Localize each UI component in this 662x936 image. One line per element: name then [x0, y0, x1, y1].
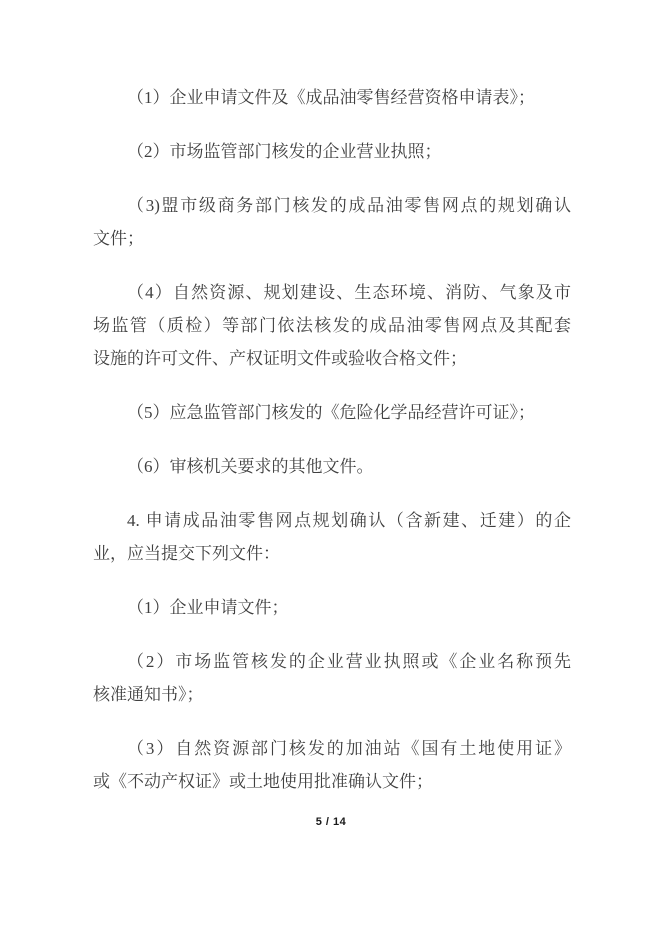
text-line: 设施的许可文件、产权证明文件或验收合格文件；: [93, 342, 571, 375]
text-line: 或《不动产权证》或土地使用批准确认文件；: [93, 765, 571, 798]
paragraph: 4. 申请成品油零售网点规划确认（含新建、迁建）的企 业，应当提交下列文件：: [93, 504, 571, 570]
text-line: 业，应当提交下列文件：: [93, 537, 571, 570]
paragraph: （5）应急监管部门核发的《危险化学品经营许可证》；: [93, 396, 571, 429]
text-line: 核准通知书》；: [93, 678, 571, 711]
page-number: 5 / 14: [0, 816, 662, 828]
text-line: 场监管（质检）等部门依法核发的成品油零售网点及其配套: [93, 309, 571, 342]
text-line: （1）企业申请文件及《成品油零售经营资格申请表》；: [93, 81, 571, 114]
document-body: （1）企业申请文件及《成品油零售经营资格申请表》； （2）市场监管部门核发的企业…: [93, 81, 571, 819]
document-page: （1）企业申请文件及《成品油零售经营资格申请表》； （2）市场监管部门核发的企业…: [0, 0, 662, 936]
text-line: 4. 申请成品油零售网点规划确认（含新建、迁建）的企: [93, 504, 571, 537]
paragraph: （6）审核机关要求的其他文件。: [93, 450, 571, 483]
text-line: 文件；: [93, 222, 571, 255]
paragraph: （2）市场监管核发的企业营业执照或《企业名称预先 核准通知书》；: [93, 645, 571, 711]
text-line: （4）自然资源、规划建设、生态环境、消防、气象及市: [93, 276, 571, 309]
text-line: （2）市场监管核发的企业营业执照或《企业名称预先: [93, 645, 571, 678]
paragraph: （1）企业申请文件及《成品油零售经营资格申请表》；: [93, 81, 571, 114]
paragraph: （1）企业申请文件；: [93, 591, 571, 624]
paragraph: （4）自然资源、规划建设、生态环境、消防、气象及市 场监管（质检）等部门依法核发…: [93, 276, 571, 375]
paragraph: （3）自然资源部门核发的加油站《国有土地使用证》 或《不动产权证》或土地使用批准…: [93, 732, 571, 798]
text-line: （5）应急监管部门核发的《危险化学品经营许可证》；: [93, 396, 571, 429]
text-line: （3）自然资源部门核发的加油站《国有土地使用证》: [93, 732, 571, 765]
text-line: （3)盟市级商务部门核发的成品油零售网点的规划确认: [93, 189, 571, 222]
text-line: （6）审核机关要求的其他文件。: [93, 450, 571, 483]
text-line: （2）市场监管部门核发的企业营业执照；: [93, 135, 571, 168]
paragraph: （3)盟市级商务部门核发的成品油零售网点的规划确认 文件；: [93, 189, 571, 255]
text-line: （1）企业申请文件；: [93, 591, 571, 624]
paragraph: （2）市场监管部门核发的企业营业执照；: [93, 135, 571, 168]
